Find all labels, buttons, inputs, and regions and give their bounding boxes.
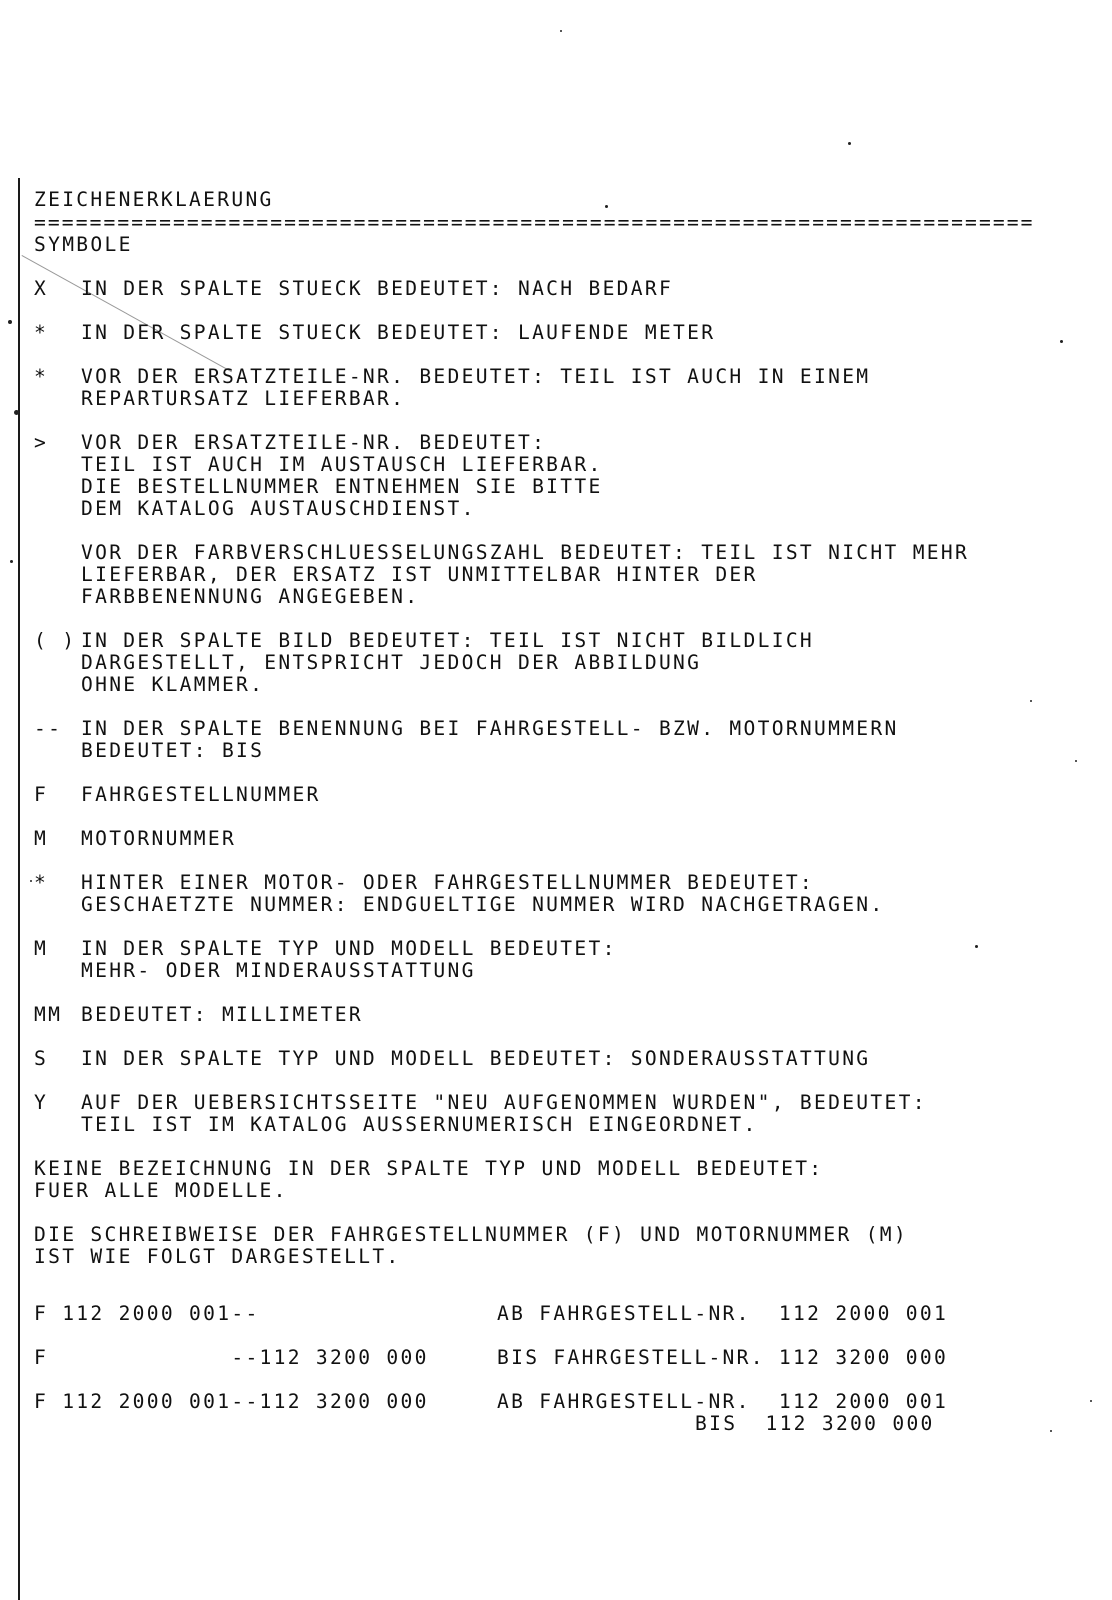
scan-speck: [1090, 1400, 1092, 1402]
note-line: IST WIE FOLGT DARGESTELLT.: [34, 1246, 908, 1268]
symbol-description: FAHRGESTELLNUMMER: [81, 784, 321, 806]
scan-speck: [14, 410, 19, 415]
symbol-glyph: S: [34, 1048, 80, 1070]
description-line: OHNE KLAMMER.: [81, 674, 814, 696]
symbol-description: IN DER SPALTE STUECK BEDEUTET: NACH BEDA…: [81, 278, 673, 300]
description-line: IN DER SPALTE TYP UND MODELL BEDEUTET: S…: [81, 1048, 870, 1070]
symbol-glyph: *: [34, 366, 80, 388]
example-row: F 112 2000 001--112 3200 000AB FAHRGESTE…: [34, 1391, 1034, 1435]
section-heading: SYMBOLE: [34, 234, 133, 256]
symbol-glyph: X: [34, 278, 80, 300]
symbol-description: IN DER SPALTE TYP UND MODELL BEDEUTET:ME…: [81, 938, 617, 982]
symbol-description: AUF DER UEBERSICHTSSEITE "NEU AUFGENOMME…: [81, 1092, 927, 1136]
scanned-page: ZEICHENERKLAERUNG ======================…: [0, 0, 1112, 1600]
note-line: DIE SCHREIBWEISE DER FAHRGESTELLNUMMER (…: [34, 1224, 908, 1246]
scan-speck: [560, 30, 562, 32]
symbol-glyph: Y: [34, 1092, 80, 1114]
explanation-line: AB FAHRGESTELL-NR. 112 2000 001: [497, 1391, 948, 1413]
description-line: IN DER SPALTE STUECK BEDEUTET: LAUFENDE …: [81, 322, 715, 344]
description-line: VOR DER FARBVERSCHLUESSELUNGSZAHL BEDEUT…: [81, 542, 969, 564]
description-line: BEDEUTET: MILLIMETER: [81, 1004, 363, 1026]
description-line: TEIL IST AUCH IM AUSTAUSCH LIEFERBAR.: [81, 454, 603, 476]
example-explanation: BIS FAHRGESTELL-NR. 112 3200 000: [497, 1347, 948, 1369]
description-line: LIEFERBAR, DER ERSATZ IST UNMITTELBAR HI…: [81, 564, 969, 586]
example-row: F 112 2000 001--AB FAHRGESTELL-NR. 112 2…: [34, 1303, 1034, 1347]
symbol-description: VOR DER FARBVERSCHLUESSELUNGSZAHL BEDEUT…: [81, 542, 969, 608]
description-line: AUF DER UEBERSICHTSSEITE "NEU AUFGENOMME…: [81, 1092, 927, 1114]
description-line: IN DER SPALTE BENENNUNG BEI FAHRGESTELL-…: [81, 718, 899, 740]
symbol-description: IN DER SPALTE BILD BEDEUTET: TEIL IST NI…: [81, 630, 814, 696]
symbol-glyph: M: [34, 828, 80, 850]
page-title: ZEICHENERKLAERUNG: [34, 189, 274, 211]
description-line: DIE BESTELLNUMMER ENTNEHMEN SIE BITTE: [81, 476, 603, 498]
note-paragraph: KEINE BEZEICHNUNG IN DER SPALTE TYP UND …: [34, 1158, 823, 1202]
symbol-description: IN DER SPALTE STUECK BEDEUTET: LAUFENDE …: [81, 322, 715, 344]
example-number-notation: F 112 2000 001--112 3200 000: [34, 1391, 429, 1413]
symbol-glyph: *: [34, 872, 80, 894]
description-line: BEDEUTET: BIS: [81, 740, 899, 762]
scan-speck: [1030, 700, 1032, 702]
symbol-description: IN DER SPALTE BENENNUNG BEI FAHRGESTELL-…: [81, 718, 899, 762]
description-line: FAHRGESTELLNUMMER: [81, 784, 321, 806]
example-explanation: AB FAHRGESTELL-NR. 112 2000 001BIS 112 3…: [497, 1391, 948, 1435]
description-line: VOR DER ERSATZTEILE-NR. BEDEUTET:: [81, 432, 603, 454]
example-row: F --112 3200 000BIS FAHRGESTELL-NR. 112 …: [34, 1347, 1034, 1391]
legend-document: ZEICHENERKLAERUNG ======================…: [34, 186, 90, 450]
symbol-description: VOR DER ERSATZTEILE-NR. BEDEUTET: TEIL I…: [81, 366, 870, 410]
description-line: MOTORNUMMER: [81, 828, 236, 850]
scan-speck: [975, 945, 978, 948]
example-number-notation: F 112 2000 001--: [34, 1303, 260, 1325]
symbol-glyph: ( ): [34, 630, 80, 652]
description-line: VOR DER ERSATZTEILE-NR. BEDEUTET: TEIL I…: [81, 366, 870, 388]
note-line: FUER ALLE MODELLE.: [34, 1180, 823, 1202]
symbol-glyph: MM: [34, 1004, 80, 1026]
scan-speck: [8, 320, 12, 324]
scan-speck: [1050, 1430, 1052, 1432]
symbol-glyph: *: [34, 322, 80, 344]
symbol-glyph: F: [34, 784, 80, 806]
explanation-line: BIS 112 3200 000: [497, 1413, 948, 1435]
description-line: DARGESTELLT, ENTSPRICHT JEDOCH DER ABBIL…: [81, 652, 814, 674]
description-line: REPARTURSATZ LIEFERBAR.: [81, 388, 870, 410]
symbol-description: MOTORNUMMER: [81, 828, 236, 850]
description-line: MEHR- ODER MINDERAUSSTATTUNG: [81, 960, 617, 982]
symbol-glyph: >: [34, 432, 80, 454]
symbol-description: BEDEUTET: MILLIMETER: [81, 1004, 363, 1026]
description-line: IN DER SPALTE STUECK BEDEUTET: NACH BEDA…: [81, 278, 673, 300]
note-line: KEINE BEZEICHNUNG IN DER SPALTE TYP UND …: [34, 1158, 823, 1180]
description-line: IN DER SPALTE TYP UND MODELL BEDEUTET:: [81, 938, 617, 960]
symbol-description: IN DER SPALTE TYP UND MODELL BEDEUTET: S…: [81, 1048, 870, 1070]
example-number-notation: F --112 3200 000: [34, 1347, 429, 1369]
scan-speck: [1075, 760, 1077, 762]
description-line: DEM KATALOG AUSTAUSCHDIENST.: [81, 498, 603, 520]
title-underline-rule: ========================================…: [34, 212, 1035, 234]
example-explanation: AB FAHRGESTELL-NR. 112 2000 001: [497, 1303, 948, 1325]
symbol-description: HINTER EINER MOTOR- ODER FAHRGESTELLNUMM…: [81, 872, 885, 916]
description-line: HINTER EINER MOTOR- ODER FAHRGESTELLNUMM…: [81, 872, 885, 894]
description-line: FARBBENENNUNG ANGEGEBEN.: [81, 586, 969, 608]
symbol-glyph: M: [34, 938, 80, 960]
explanation-line: AB FAHRGESTELL-NR. 112 2000 001: [497, 1303, 948, 1325]
note-paragraph: DIE SCHREIBWEISE DER FAHRGESTELLNUMMER (…: [34, 1224, 908, 1268]
scan-speck: [848, 142, 851, 145]
scan-speck: [30, 880, 32, 882]
scan-speck: [1060, 340, 1063, 343]
symbol-description: VOR DER ERSATZTEILE-NR. BEDEUTET:TEIL IS…: [81, 432, 603, 520]
scan-speck: [10, 560, 13, 563]
scan-speck: [605, 205, 608, 208]
description-line: TEIL IST IM KATALOG AUSSERNUMERISCH EING…: [81, 1114, 927, 1136]
explanation-line: BIS FAHRGESTELL-NR. 112 3200 000: [497, 1347, 948, 1369]
description-line: GESCHAETZTE NUMMER: ENDGUELTIGE NUMMER W…: [81, 894, 885, 916]
symbol-glyph: --: [34, 718, 80, 740]
left-margin-rule: [18, 178, 20, 1600]
description-line: IN DER SPALTE BILD BEDEUTET: TEIL IST NI…: [81, 630, 814, 652]
